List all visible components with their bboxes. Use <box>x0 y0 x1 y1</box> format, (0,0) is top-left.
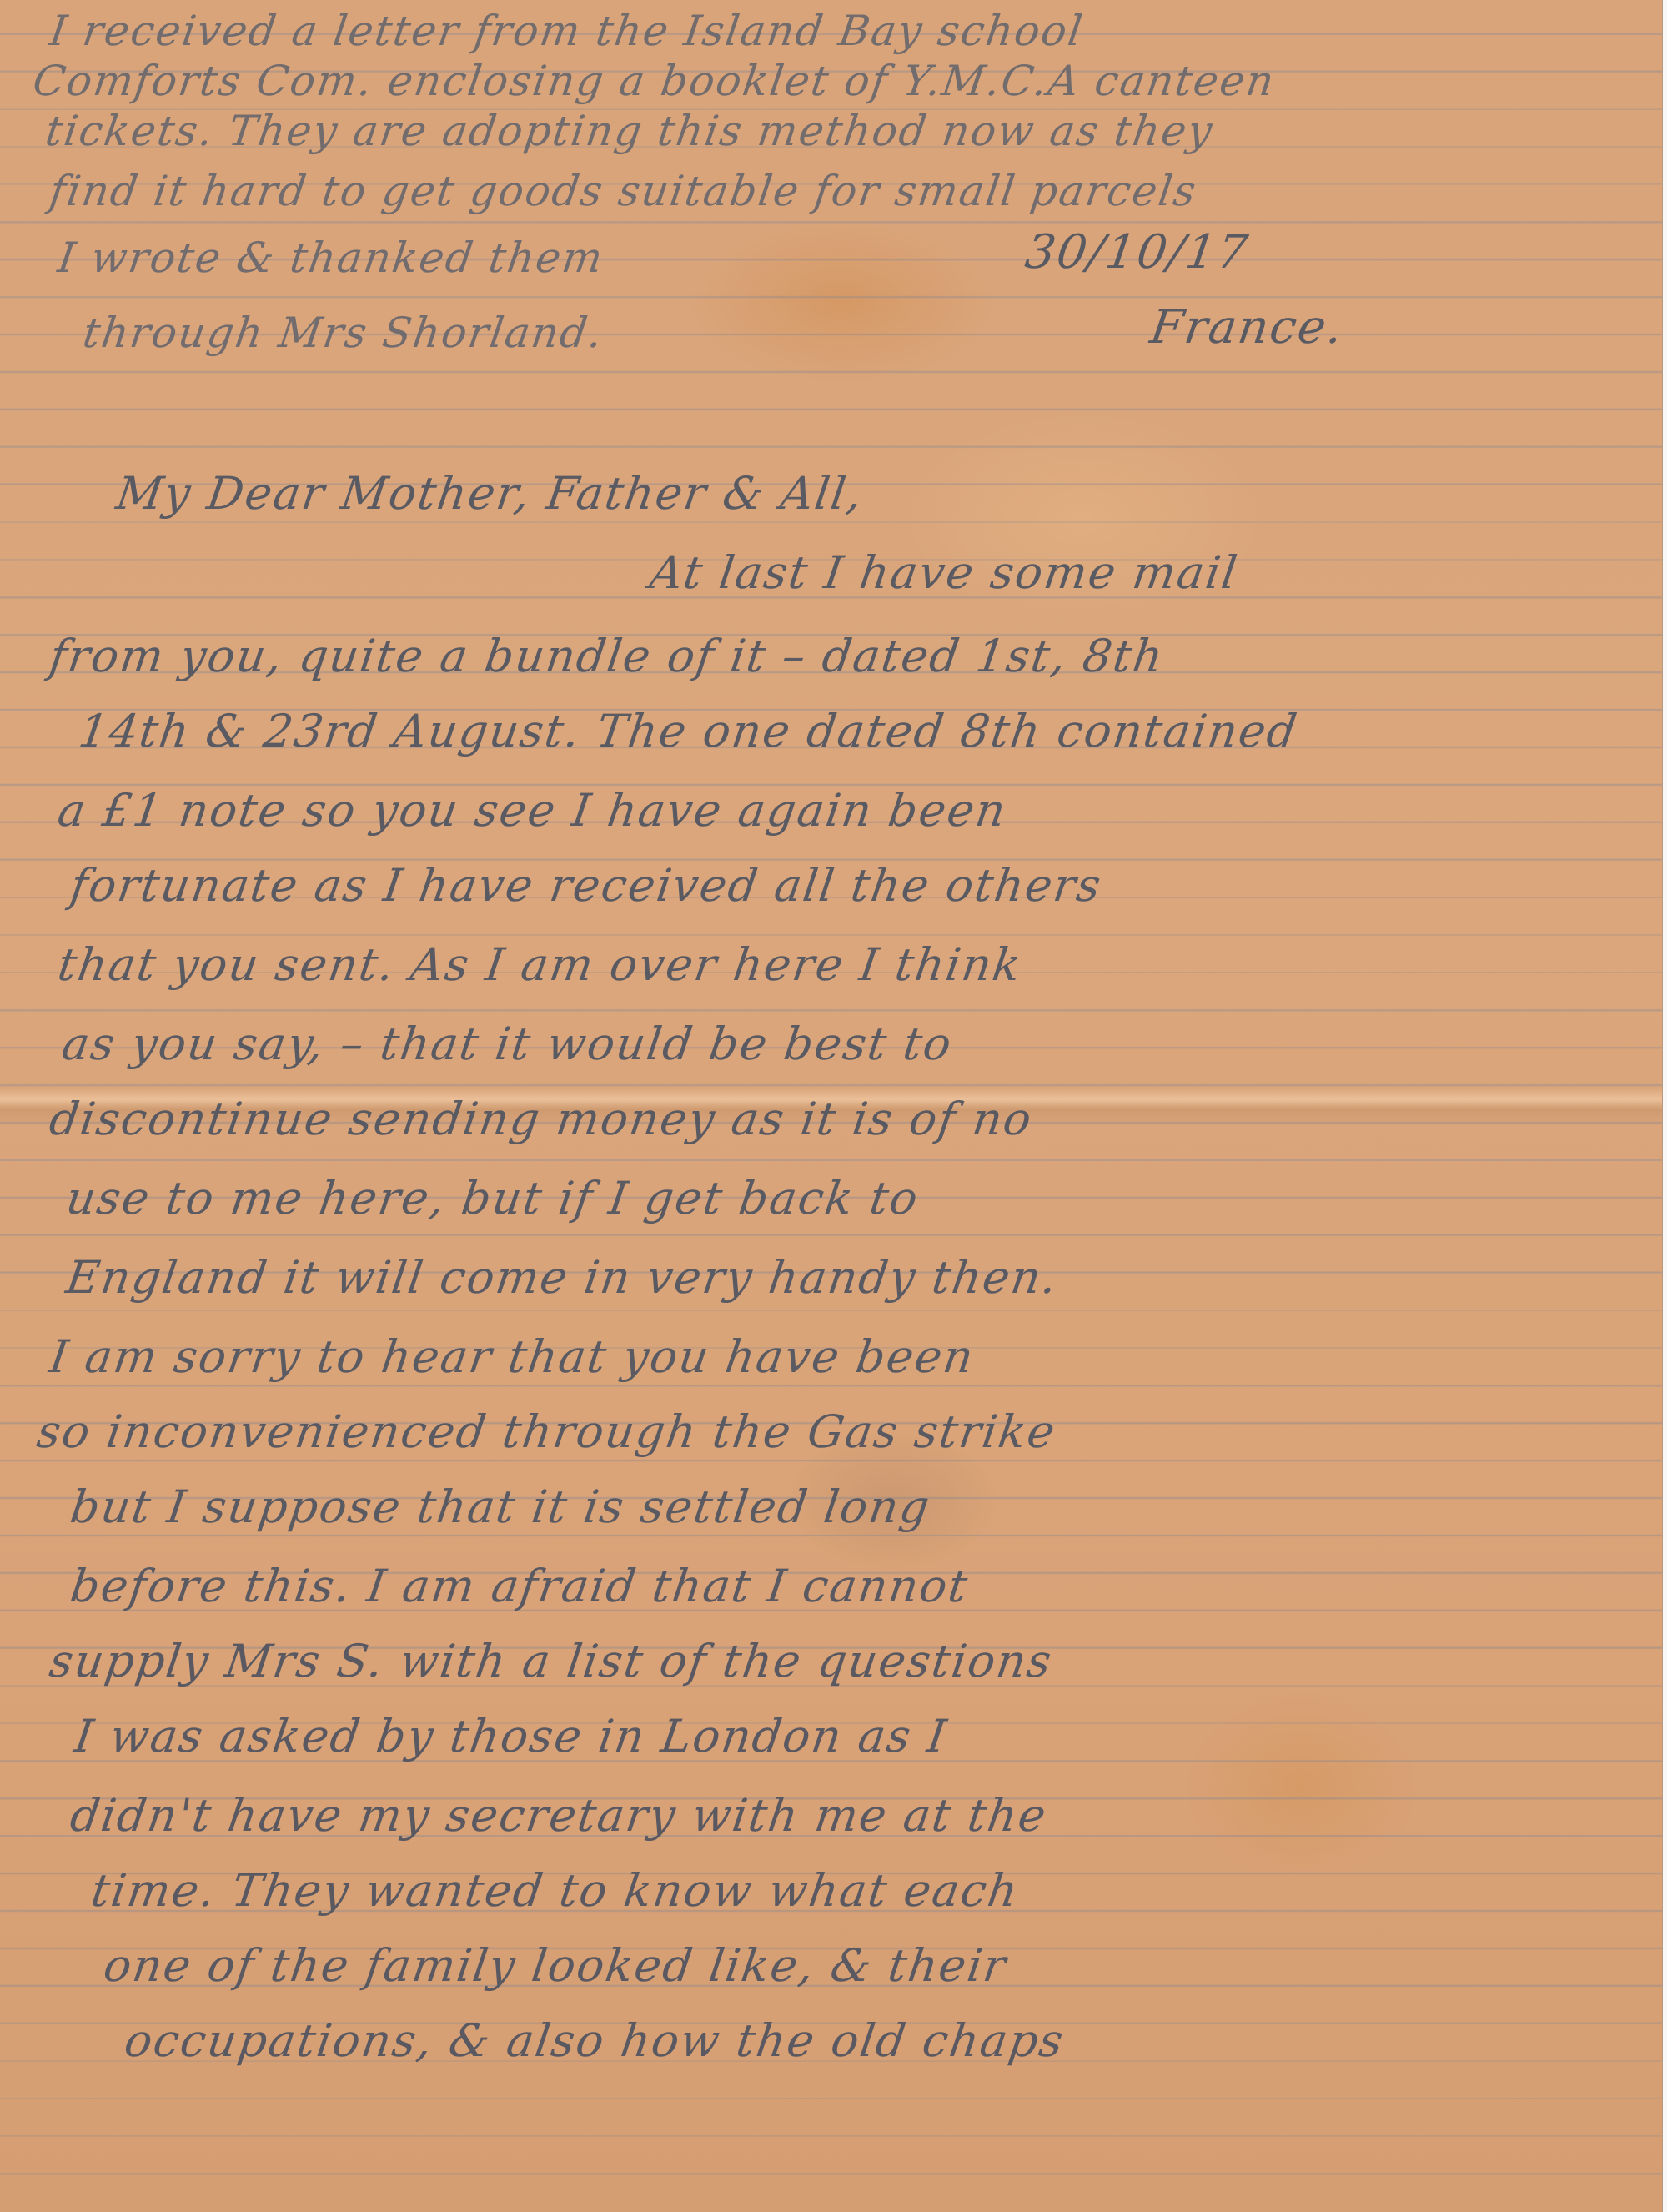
letter-line: occupations, & also how the old chaps <box>122 2014 1068 2067</box>
letter-line: 14th & 23rd August. The one dated 8th co… <box>76 705 1302 757</box>
letter-line: a £1 note so you see I have again been <box>55 784 1011 837</box>
letter-line: supply Mrs S. with a list of the questio… <box>47 1635 1057 1687</box>
top-note-line: I wrote & thanked them <box>55 234 607 282</box>
letter-line: At last I have some mail <box>647 546 1242 599</box>
top-note-line: tickets. They are adopting this method n… <box>43 107 1217 155</box>
scan-margin <box>1662 0 1667 2212</box>
salutation: My Dear Mother, Father & All, <box>113 467 867 520</box>
letter-place: France. <box>1147 300 1348 354</box>
letter-line: that you sent. As I am over here I think <box>55 938 1026 991</box>
letter-line: so inconvenienced through the Gas strike <box>34 1405 1060 1458</box>
letter-line: fortunate as I have received all the oth… <box>68 859 1106 912</box>
top-note-line: through Mrs Shorland. <box>80 309 607 357</box>
letter-line: I was asked by those in London as I <box>72 1710 951 1762</box>
letter-line: use to me here, but if I get back to <box>63 1172 923 1224</box>
letter-line: discontinue sending money as it is of no <box>47 1093 1037 1145</box>
letter-line: from you, quite a bundle of it – dated 1… <box>47 630 1168 682</box>
letter-line: before this. I am afraid that I cannot <box>68 1560 972 1612</box>
top-note-line: Comforts Com. enclosing a booklet of Y.M… <box>30 57 1278 105</box>
letter-line: England it will come in very handy then. <box>63 1251 1062 1304</box>
top-note-line: find it hard to get goods suitable for s… <box>47 167 1200 215</box>
letter-line: as you say, – that it would be best to <box>59 1018 957 1070</box>
letter-line: I am sorry to hear that you have been <box>47 1330 978 1383</box>
letter-line: but I suppose that it is settled long <box>68 1481 935 1533</box>
letter-line: time. They wanted to know what each <box>88 1864 1022 1917</box>
letter-line: didn't have my secretary with me at the <box>68 1789 1051 1842</box>
top-note-line: I received a letter from the Island Bay … <box>47 7 1087 55</box>
letter-line: one of the family looked like, & their <box>101 1939 1011 1992</box>
letter-date: 30/10/17 <box>1022 225 1253 279</box>
